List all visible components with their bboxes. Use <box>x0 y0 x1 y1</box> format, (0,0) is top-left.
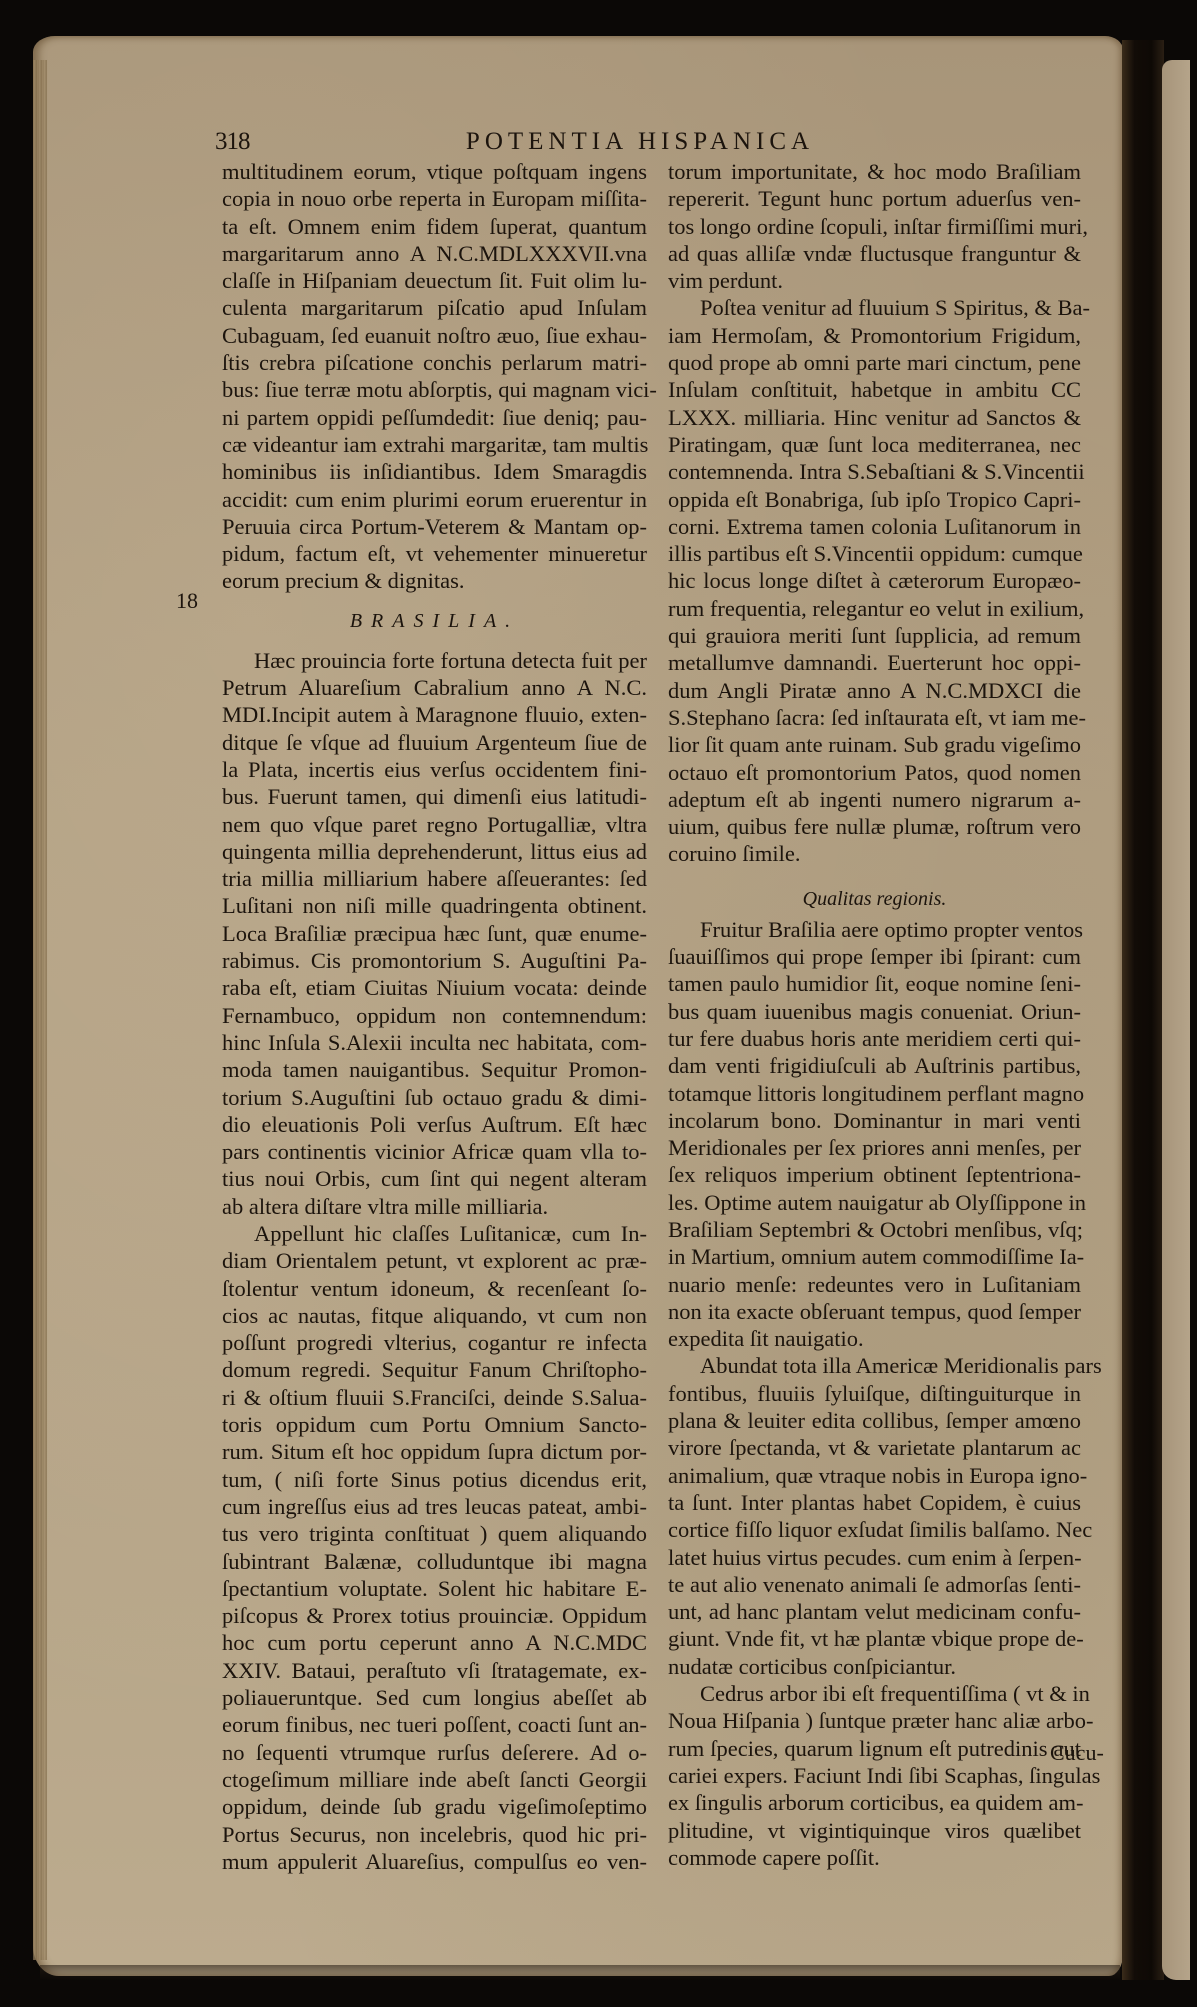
text-line: ta eſt. Omnem enim fidem ſuperat, quantu… <box>222 213 647 240</box>
text-line: animalium, quæ vtraque nobis in Europa i… <box>668 1462 1081 1489</box>
text-line: torium S.Auguſtini ſub octauo gradu & di… <box>222 1084 647 1111</box>
text-line: tamen paulo humidior ſit, eoque nomine ſ… <box>668 970 1081 997</box>
text-line: hic locus longe diſtet à cæterorum Europ… <box>668 567 1081 594</box>
text-line: ſtis crebra piſcatione conchis perlarum … <box>222 349 647 376</box>
text-line: mum appulerit Aluareſius, compulſus eo v… <box>222 1848 647 1875</box>
text-line: claſſe in Hiſpaniam deuectum ſit. Fuit o… <box>222 267 647 294</box>
page-bottom-shadow <box>40 1965 1120 1981</box>
text-line: tur fere duabus horis ante meridiem cert… <box>668 1025 1081 1052</box>
text-line: torum importunitate, & hoc modo Braſilia… <box>668 158 1081 185</box>
text-line: no ſequenti vtrumque rurſus deſerere. Ad… <box>222 1739 647 1766</box>
text-line: accidit: cum enim plurimi eorum eruerent… <box>222 486 647 513</box>
text-line: nudatæ corticibus conſpiciantur. <box>668 1653 1081 1680</box>
text-line: ſubintrant Balænæ, colluduntque ibi magn… <box>222 1548 647 1575</box>
intro-paragraph: multitudinem eorum, vtique poſtquam inge… <box>222 158 647 595</box>
text-line: adeptum eſt ab ingenti numero nigrarum a… <box>668 786 1081 813</box>
text-line: uium, quibus fere nullæ plumæ, roſtrum v… <box>668 813 1081 840</box>
text-line: dio eleuationis Poli verſus Auſtrum. Eſt… <box>222 1111 647 1138</box>
text-line: ad quas alliſæ vndæ fluctusque franguntu… <box>668 240 1081 267</box>
text-line: piſcopus & Prorex totius prouinciæ. Oppi… <box>222 1602 647 1629</box>
text-line: raba eſt, etiam Ciuitas Niuium vocata: d… <box>222 974 647 1001</box>
text-line: non ita exacte obſeruant tempus, quod ſe… <box>668 1298 1081 1325</box>
paragraph: Fruitur Braſilia aere optimo propter ven… <box>668 916 1081 1353</box>
text-line: tus vero triginta conſtituat ) quem aliq… <box>222 1520 647 1547</box>
text-line: LXXX. milliaria. Hinc venitur ad Sanctos… <box>668 404 1081 431</box>
text-line: Fruitur Braſilia aere optimo propter ven… <box>668 916 1081 943</box>
text-line: les. Optime autem nauigatur ab Olyſſippo… <box>668 1189 1081 1216</box>
paragraph: torum importunitate, & hoc modo Braſilia… <box>668 158 1081 294</box>
text-line: latet huius virtus pecudes. cum enim à ſ… <box>668 1544 1081 1571</box>
text-line: cortice fiſſo liquor exſudat ſimilis bal… <box>668 1516 1081 1543</box>
text-line: corni. Extrema tamen colonia Luſitanorum… <box>668 513 1081 540</box>
text-line: Abundat tota illa Americæ Meridionalis p… <box>668 1352 1081 1379</box>
paragraph: Poſtea venitur ad fluuium S Spiritus, & … <box>668 294 1081 867</box>
text-line: ſpectantium voluptate. Solent hic habita… <box>222 1575 647 1602</box>
text-line: Peruuia circa Portum-Veterem & Mantam op… <box>222 513 647 540</box>
text-line: rum ſpecies, quarum lignum eſt putredini… <box>668 1735 1081 1762</box>
text-line: ctogeſimum milliare inde abeſt ſancti Ge… <box>222 1766 647 1793</box>
text-line: la Plata, incertis eius verſus occidente… <box>222 756 647 783</box>
paragraph: Appellunt hic claſſes Luſitanicæ, cum In… <box>222 1220 647 1875</box>
text-line: contemnenda. Intra S.Sebaſtiani & S.Vinc… <box>668 458 1081 485</box>
text-line: quod prope ab omni parte mari cinctum, p… <box>668 349 1081 376</box>
text-line: tius noui Orbis, cum ſint qui negent alt… <box>222 1165 647 1192</box>
text-line: nuario menſe: redeuntes vero in Luſitani… <box>668 1271 1081 1298</box>
text-line: plitudine, vt vigintiquinque viros quæli… <box>668 1817 1081 1844</box>
text-line: te aut alio venenato animali ſe admorſas… <box>668 1571 1081 1598</box>
text-line: eorum precium & dignitas. <box>222 567 647 594</box>
text-line: ri & oſtium fluuii S.Franciſci, deinde S… <box>222 1384 647 1411</box>
text-line: octauo eſt promontorium Patos, quod nome… <box>668 759 1081 786</box>
text-line: ab altera diſtare vltra mille milliaria. <box>222 1193 647 1220</box>
text-line: cum ingreſſus eius ad tres leucas pateat… <box>222 1493 647 1520</box>
text-line: Appellunt hic claſſes Luſitanicæ, cum In… <box>222 1220 647 1247</box>
text-line: totamque littoris longitudinem perflant … <box>668 1080 1081 1107</box>
text-line: iam Hermoſam, & Promontorium Frigidum, <box>668 322 1081 349</box>
text-line: multitudinem eorum, vtique poſtquam inge… <box>222 158 647 185</box>
text-line: ditque ſe vſque ad fluuium Argenteum ſiu… <box>222 729 647 756</box>
text-line: lior ſit quam ante ruinam. Sub gradu vig… <box>668 731 1081 758</box>
text-line: rum frequentia, relegantur eo velut in e… <box>668 595 1081 622</box>
text-line: nem quo vſque paret regno Portugalliæ, v… <box>222 811 647 838</box>
page-stack-edge <box>33 60 47 1960</box>
text-line: Noua Hiſpania ) ſuntque præter hanc aliæ… <box>668 1707 1081 1734</box>
text-line: plana & leuiter edita collibus, ſemper a… <box>668 1407 1081 1434</box>
subheading: Qualitas regionis. <box>668 876 1081 916</box>
text-line: cæ videantur iam extrahi margaritæ, tam … <box>222 431 647 458</box>
text-line: vim perdunt. <box>668 267 1081 294</box>
text-line: margaritarum anno A N.C.MDLXXXVII.vna <box>222 240 647 267</box>
text-line: cariei expers. Faciunt Indi ſibi Scaphas… <box>668 1762 1081 1789</box>
text-line: ex ſingulis arborum corticibus, ea quide… <box>668 1789 1081 1816</box>
running-title: POTENTIA HISPANICA <box>200 128 1080 156</box>
text-line: Portus Securus, non incelebris, quod hic… <box>222 1821 647 1848</box>
text-line: MDI.Incipit autem à Maragnone fluuio, ex… <box>222 701 647 728</box>
text-line: virore ſpectanda, vt & varietate plantar… <box>668 1434 1081 1461</box>
text-line: poſſunt progredi vlterius, cogantur re i… <box>222 1329 647 1356</box>
paragraph: Cedrus arbor ibi eſt frequentiſſima ( vt… <box>668 1680 1081 1871</box>
paragraph: Abundat tota illa Americæ Meridionalis p… <box>668 1352 1081 1680</box>
text-line: commode capere poſſit. <box>668 1844 1081 1871</box>
text-line: bus quam iuuenibus magis conueniat. Oriu… <box>668 998 1081 1025</box>
text-line: expedita ſit nauigatio. <box>668 1325 1081 1352</box>
text-line: Braſiliam Septembri & Octobri menſibus, … <box>668 1216 1081 1243</box>
text-line: Piratingam, quæ ſunt loca mediterranea, … <box>668 431 1081 458</box>
text-line: bus: ſiue terræ motu abſorptis, qui magn… <box>222 376 647 403</box>
text-line: quingenta millia deprehenderunt, littus … <box>222 838 647 865</box>
text-line: dam venti frigidiuſculi ab Auſtrinis par… <box>668 1052 1081 1079</box>
marginal-note: 18 <box>176 588 198 614</box>
text-line: ta ſunt. Inter plantas habet Copidem, è … <box>668 1489 1081 1516</box>
text-line: tos longo ordine ſcopuli, inſtar firmiſſ… <box>668 213 1081 240</box>
text-line: Cedrus arbor ibi eſt frequentiſſima ( vt… <box>668 1680 1081 1707</box>
right-column: torum importunitate, & hoc modo Braſilia… <box>668 158 1081 1871</box>
text-line: Meridionales per ſex priores anni menſes… <box>668 1134 1081 1161</box>
text-line: culenta margaritarum piſcatio apud Inſul… <box>222 294 647 321</box>
text-line: oppida eſt Bonabriga, ſub ipſo Tropico C… <box>668 486 1081 513</box>
text-line: Loca Braſiliæ præcipua hæc ſunt, quæ enu… <box>222 920 647 947</box>
text-line: bus. Fuerunt tamen, qui dimenſi eius lat… <box>222 783 647 810</box>
text-line: moda tamen nauigantibus. Sequitur Promon… <box>222 1056 647 1083</box>
text-line: repererit. Tegunt hunc portum aduerſus v… <box>668 185 1081 212</box>
text-line: pidum, factum eſt, vt vehementer minuere… <box>222 540 647 567</box>
text-line: ſtolentur ventum idoneum, & recenſeant ſ… <box>222 1275 647 1302</box>
text-line: coruino ſimile. <box>668 840 1081 867</box>
text-line: XXIV. Bataui, peraſtuto vſi ſtratagemate… <box>222 1657 647 1684</box>
text-line: poliaueruntque. Sed cum longius abeſſet … <box>222 1684 647 1711</box>
text-line: toris oppidum cum Portu Omnium Sancto- <box>222 1411 647 1438</box>
text-line: tria millia milliarium habere aſſeuerant… <box>222 865 647 892</box>
text-line: Petrum Aluareſium Cabralium anno A N.C. <box>222 674 647 701</box>
text-line: metallumve damnandi. Euerterunt hoc oppi… <box>668 649 1081 676</box>
catchword: Cucu- <box>1050 1740 1104 1766</box>
adjacent-page-edge <box>1162 60 1190 1980</box>
text-line: illis partibus eſt S.Vincentii oppidum: … <box>668 540 1081 567</box>
text-line: Hæc prouincia forte fortuna detecta fuit… <box>222 647 647 674</box>
gutter-shadow <box>1122 40 1164 1980</box>
text-line: unt, ad hanc plantam velut medicinam con… <box>668 1598 1081 1625</box>
text-line: copia in nouo orbe reperta in Europam mi… <box>222 185 647 212</box>
text-line: fontibus, fluuiis ſyluiſque, diſtinguitu… <box>668 1380 1081 1407</box>
text-line: ni partem oppidi peſſumdedit: ſiue deniq… <box>222 404 647 431</box>
section-heading: BRASILIA. <box>222 605 647 637</box>
text-line: rum. Situm eſt hoc oppidum ſupra dictum … <box>222 1438 647 1465</box>
text-line: domum regredi. Sequitur Fanum Chriſtopho… <box>222 1356 647 1383</box>
text-line: giunt. Vnde fit, vt hæ plantæ vbique pro… <box>668 1625 1081 1652</box>
text-line: in Martium, omnium autem commodiſſime Ia… <box>668 1243 1081 1270</box>
text-line: Inſulam conſtituit, habetque in ambitu C… <box>668 376 1081 403</box>
text-line: S.Stephano ſacra: ſed inſtaurata eſt, vt… <box>668 704 1081 731</box>
text-line: Cubaguam, ſed euanuit noſtro æuo, ſiue e… <box>222 322 647 349</box>
text-line: ſex reliquos imperium obtinent ſeptentri… <box>668 1161 1081 1188</box>
text-line: Poſtea venitur ad fluuium S Spiritus, & … <box>668 294 1081 321</box>
text-line: dum Angli Piratæ anno A N.C.MDXCI die <box>668 677 1081 704</box>
text-line: hinc Inſula S.Alexii inculta nec habitat… <box>222 1029 647 1056</box>
text-line: Luſitani non niſi mille quadringenta obt… <box>222 892 647 919</box>
text-line: pars continentis vicinior Africæ quam vl… <box>222 1138 647 1165</box>
text-line: cios ac nautas, fitque aliquando, vt cum… <box>222 1302 647 1329</box>
text-line: ſuauiſſimos qui prope ſemper ibi ſpirant… <box>668 943 1081 970</box>
text-line: hominibus iis inſidiantibus. Idem Smarag… <box>222 458 647 485</box>
text-line: oppidum, deinde ſub gradu vigeſimoſeptim… <box>222 1793 647 1820</box>
text-line: eorum finibus, nec tueri poſſent, coacti… <box>222 1711 647 1738</box>
text-line: tum, ( niſi forte Sinus potius dicendus … <box>222 1466 647 1493</box>
text-line: diam Orientalem petunt, vt explorent ac … <box>222 1247 647 1274</box>
text-line: qui grauiora meriti ſunt ſupplicia, ad r… <box>668 622 1081 649</box>
text-line: incolarum bono. Dominantur in mari venti <box>668 1107 1081 1134</box>
paragraph: Hæc prouincia forte fortuna detecta fuit… <box>222 647 647 1220</box>
text-line: rabimus. Cis promontorium S. Auguſtini P… <box>222 947 647 974</box>
left-column: multitudinem eorum, vtique poſtquam inge… <box>222 158 647 1875</box>
text-line: hoc cum portu ceperunt anno A N.C.MDC <box>222 1629 647 1656</box>
text-line: Fernambuco, oppidum non contemnendum: <box>222 1002 647 1029</box>
